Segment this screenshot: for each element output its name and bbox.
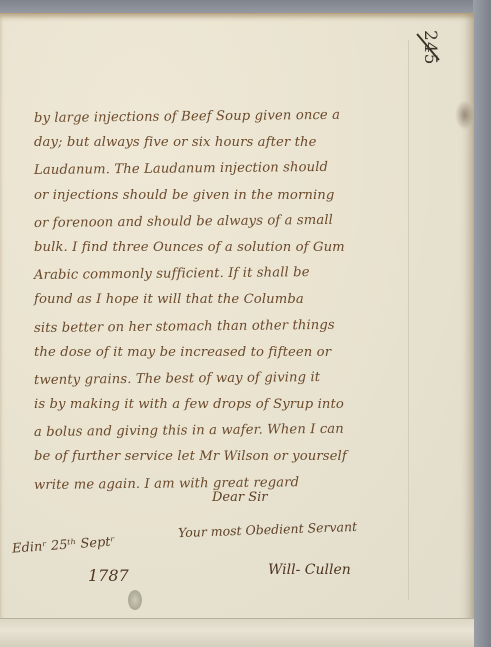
folio-number: 245 [420, 30, 440, 65]
dateline-year: 1787 [88, 566, 129, 585]
letter-line: or injections should be given in the mor… [34, 183, 414, 209]
wax-stain [128, 590, 142, 610]
letter-line: or forenoon and should be always of a sm… [34, 207, 414, 237]
letter-line: by large injections of Beef Soup given o… [34, 102, 414, 132]
paper-stain [455, 100, 474, 130]
letter-line: found as I hope it will that the Columba [34, 287, 414, 313]
page-bottom-fold [0, 618, 474, 647]
letter-body: by large injections of Beef Soup given o… [34, 104, 414, 497]
letter-line: a bolus and giving this in a wafer. When… [34, 416, 414, 446]
letter-line: Laudanum. The Laudanum injection should [34, 154, 414, 184]
signature: Will‑ Cullen [268, 562, 351, 578]
letter-line: twenty grains. The best of way of giving… [34, 364, 414, 394]
letter-line: is by making it with a few drops of Syru… [34, 392, 414, 418]
letter-line: day; but always five or six hours after … [34, 130, 414, 156]
archival-backdrop-right [473, 0, 491, 647]
letter-line: Arabic commonly sufficient. If it shall … [34, 259, 414, 289]
archival-backdrop-top [0, 0, 491, 14]
letter-line: sits better on her stomach than other th… [34, 312, 414, 342]
letter-line: the dose of it may be increased to fifte… [34, 340, 414, 366]
letter-line: bulk. I find three Ounces of a solution … [34, 235, 414, 261]
closing-salutation: Dear Sir [212, 490, 268, 505]
letter-line: be of further service let Mr Wilson or y… [34, 444, 414, 470]
